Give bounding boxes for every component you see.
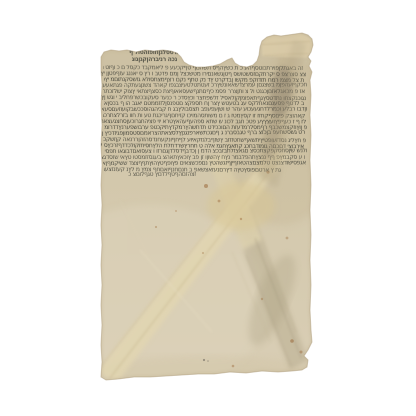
fragment-base-layer	[0, 0, 416, 416]
stain-crossing	[207, 182, 275, 230]
manuscript-photo: ו תדטסלגןוזופוהטול ףר ת הנ גכה רניברהןקג…	[0, 0, 416, 416]
